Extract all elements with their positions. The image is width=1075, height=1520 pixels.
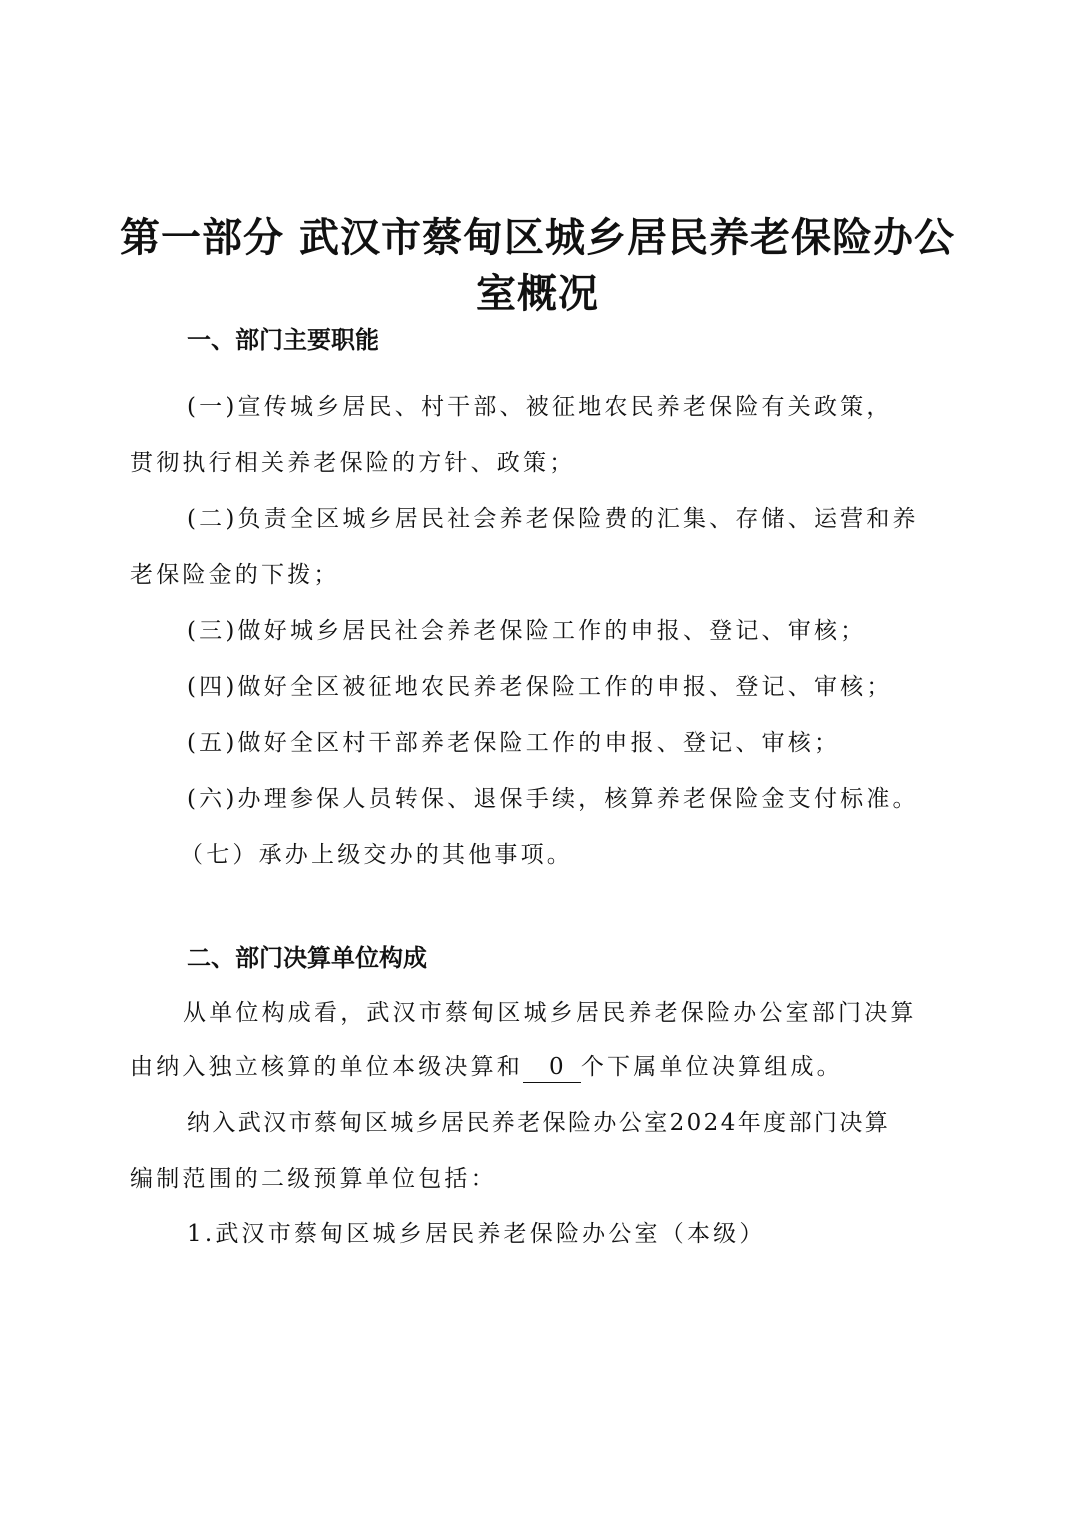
function-item-5: (五)做好全区村干部养老保险工作的申报、登记、审核；	[187, 728, 840, 758]
page-title: 第一部分 武汉市蔡甸区城乡居民养老保险办公 室概况	[110, 210, 965, 322]
function-item-7: （七）承办上级交办的其他事项。	[180, 840, 573, 870]
section-heading-functions: 一、部门主要职能	[187, 325, 379, 355]
function-item-3: (三)做好城乡居民社会养老保险工作的申报、登记、审核；	[187, 616, 866, 646]
function-item-1-line-1: (一)宣传城乡居民、村干部、被征地农民养老保险有关政策，	[187, 392, 893, 422]
units-para-2-line-2: 编制范围的二级预算单位包括：	[130, 1164, 497, 1194]
function-item-2-line-2: 老保险金的下拨；	[130, 560, 340, 590]
units-para-1-line-2: 由纳入独立核算的单位本级决算和0个下属单位决算组成。	[130, 1052, 843, 1083]
subordinate-count: 0	[523, 1052, 581, 1083]
function-item-1-line-2: 贯彻执行相关养老保险的方针、政策；	[130, 448, 575, 478]
function-item-2-line-1: (二)负责全区城乡居民社会养老保险费的汇集、存储、运营和养	[187, 504, 919, 534]
units-para-2-line-1: 纳入武汉市蔡甸区城乡居民养老保险办公室2024年度部门决算	[187, 1108, 890, 1138]
units-para-1-suffix: 个下属单位决算组成。	[581, 1054, 843, 1080]
section-heading-units: 二、部门决算单位构成	[187, 943, 427, 973]
title-line-2: 室概况	[110, 266, 965, 322]
function-item-6: (六)办理参保人员转保、退保手续，核算养老保险金支付标准。	[187, 784, 919, 814]
units-para-1-prefix: 由纳入独立核算的单位本级决算和	[130, 1054, 523, 1080]
unit-item-1: 1.武汉市蔡甸区城乡居民养老保险办公室（本级）	[187, 1219, 766, 1249]
units-para-1-line-1: 从单位构成看，武汉市蔡甸区城乡居民养老保险办公室部门决算	[183, 998, 917, 1028]
title-line-1: 第一部分 武汉市蔡甸区城乡居民养老保险办公	[110, 210, 965, 266]
function-item-4: (四)做好全区被征地农民养老保险工作的申报、登记、审核；	[187, 672, 893, 702]
